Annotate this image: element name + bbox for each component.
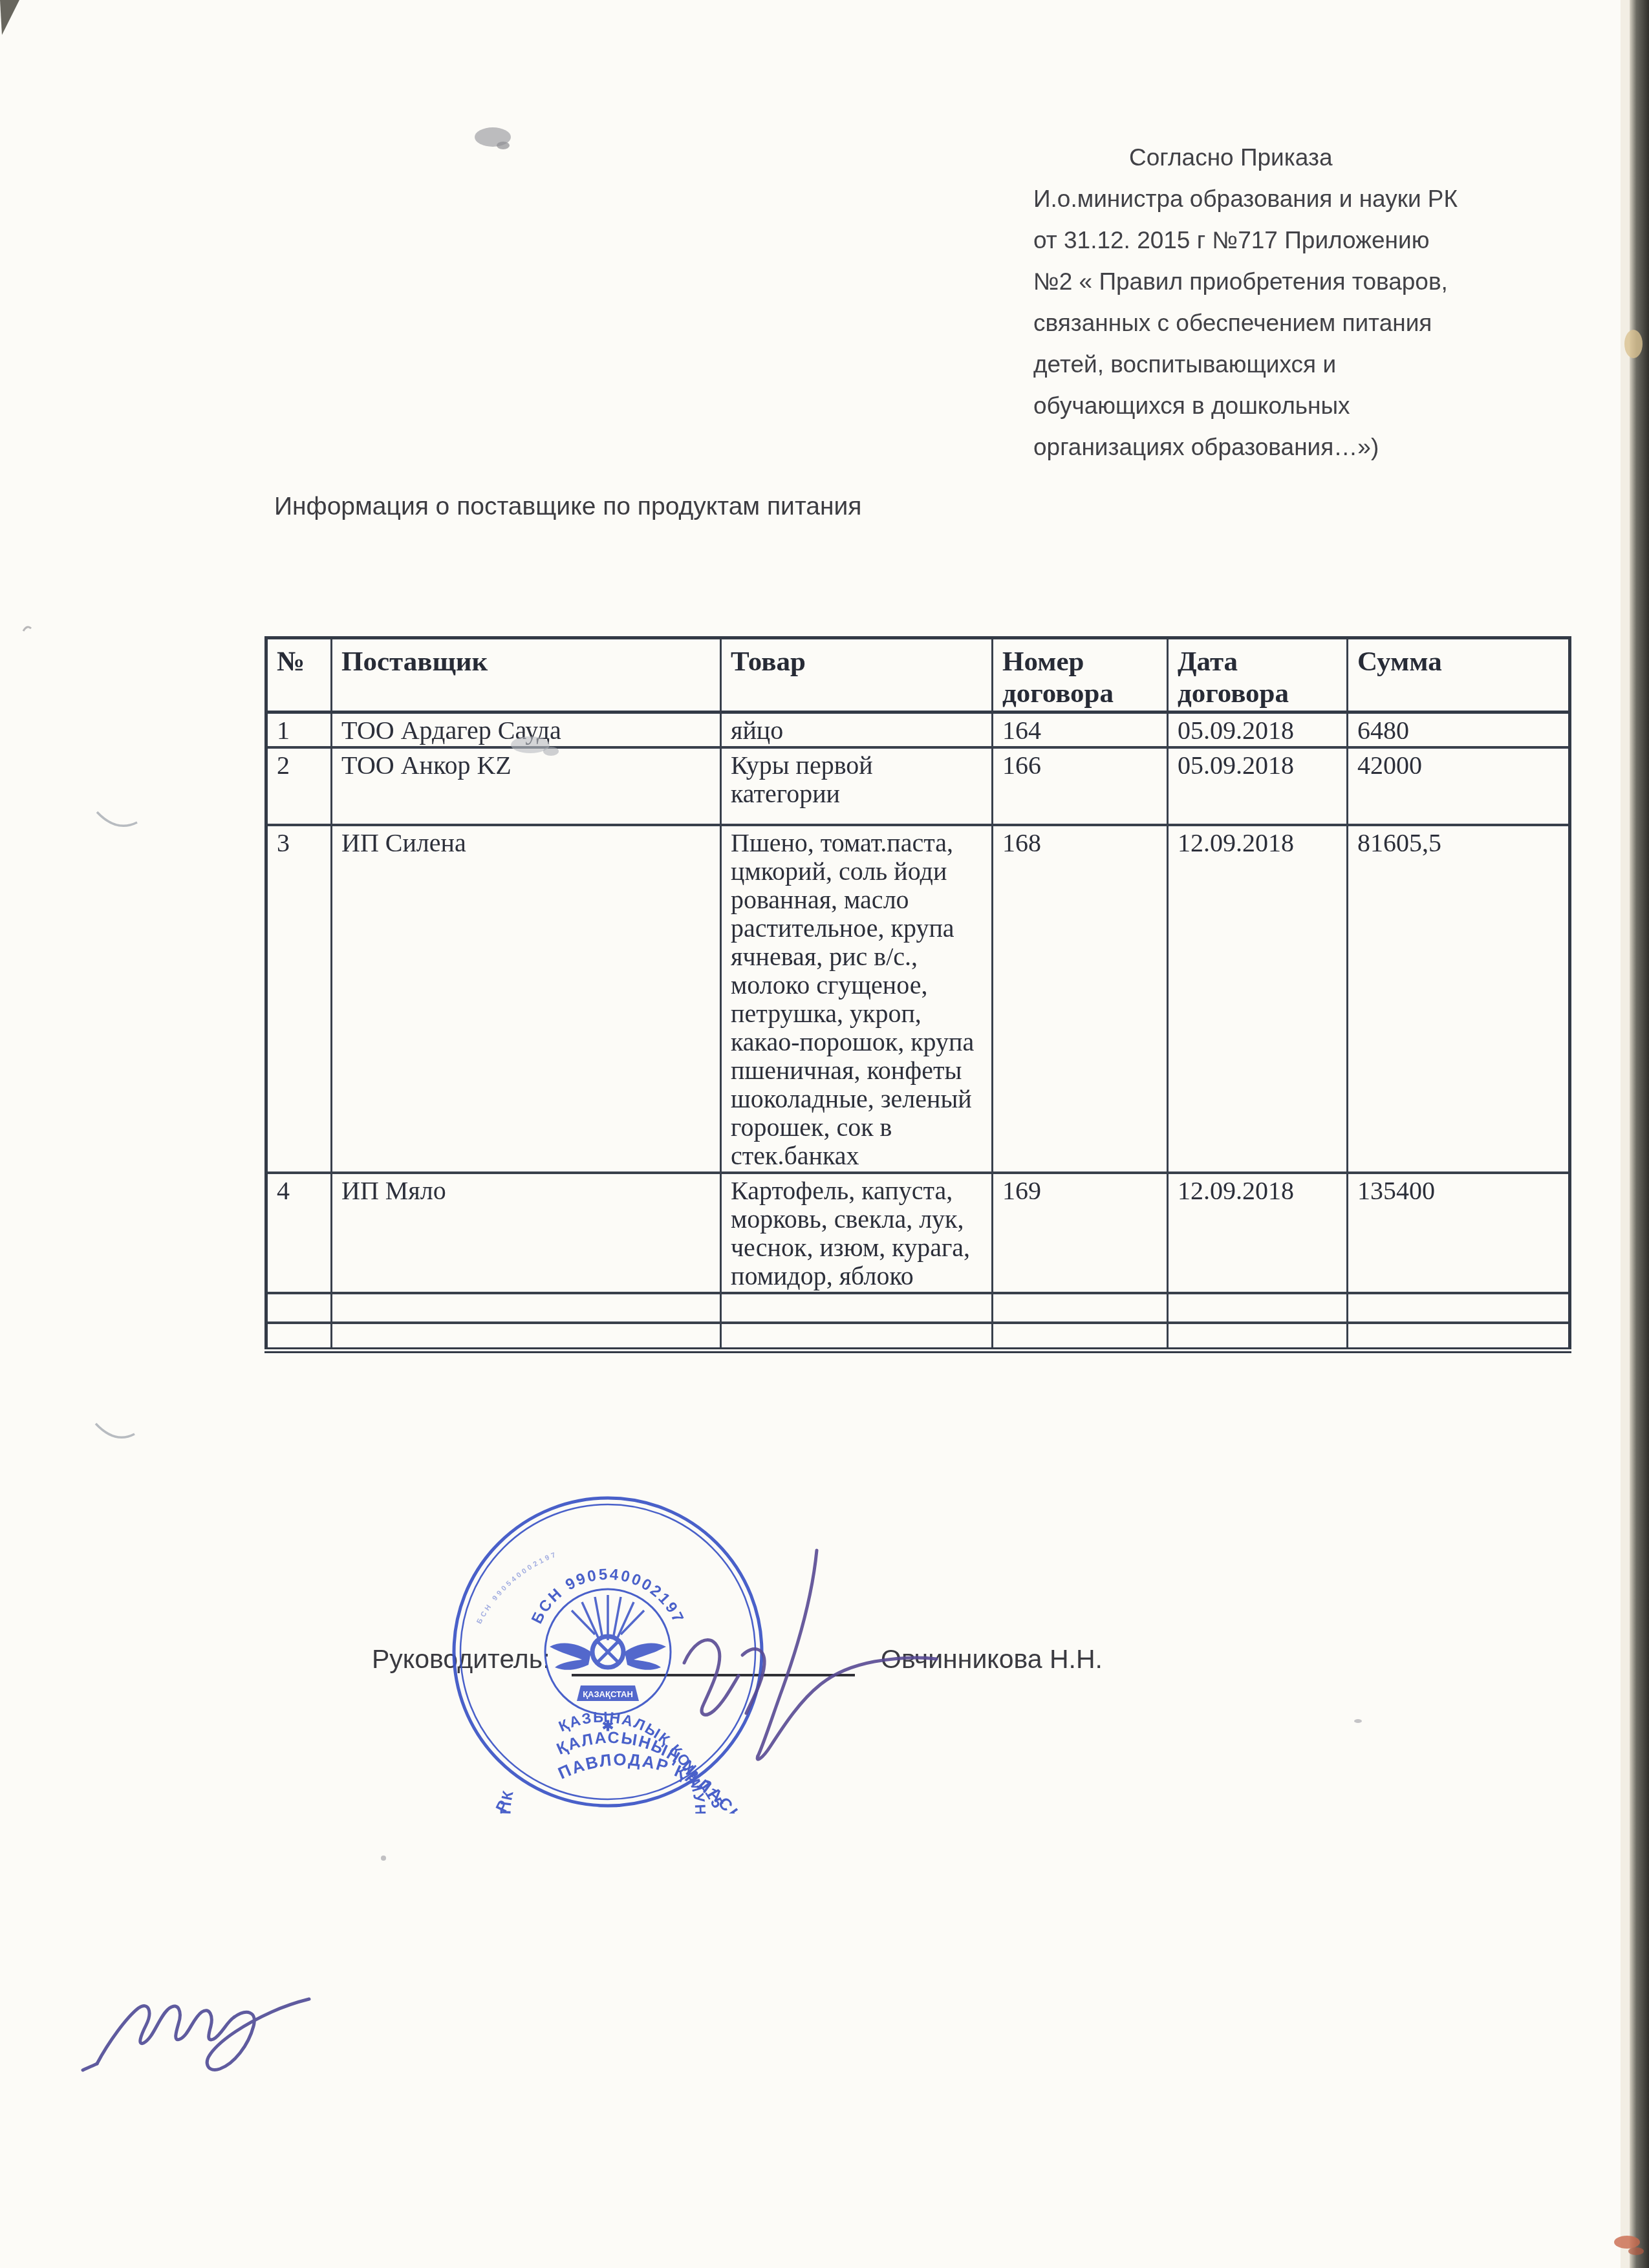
note-line: организациях образования…») bbox=[1033, 427, 1538, 468]
cell-amount: 6480 bbox=[1348, 712, 1570, 748]
cell-contract-no: 164 bbox=[993, 712, 1168, 748]
order-reference-note: Согласно Приказа И.о.министра образовани… bbox=[1033, 137, 1538, 468]
table-header-supplier: Поставщик bbox=[332, 638, 721, 712]
cell-supplier bbox=[332, 1323, 721, 1350]
table-row: 2 ТОО Анкор KZ Куры первой категории 166… bbox=[266, 747, 1570, 825]
cell-goods: Пшено, томат.паста, цмкорий, соль йоди р… bbox=[721, 825, 993, 1173]
cell-goods: Куры первой категории bbox=[721, 747, 993, 825]
cell-supplier: ТОО Ардагер Сауда bbox=[332, 712, 721, 748]
signatory-name: Овчинникова Н.Н. bbox=[881, 1644, 1103, 1674]
cell-supplier: ТОО Анкор KZ bbox=[332, 747, 721, 825]
cell-contract-date: 12.09.2018 bbox=[1168, 825, 1348, 1173]
table-header-number: № bbox=[266, 638, 332, 712]
stamp-bottom-star: ✱ bbox=[602, 1718, 614, 1734]
table-header-goods: Товар bbox=[721, 638, 993, 712]
cell-amount: 42000 bbox=[1348, 747, 1570, 825]
cell-contract-date bbox=[1168, 1293, 1348, 1323]
cell-goods: Картофель, капуста, морковь, свекла, лук… bbox=[721, 1173, 993, 1293]
corner-fold-artifact bbox=[0, 0, 19, 35]
table-header-amount: Сумма bbox=[1348, 638, 1570, 712]
scan-edge-dark-band bbox=[1630, 0, 1649, 2268]
cell-supplier: ИП Мяло bbox=[332, 1173, 721, 1293]
note-line: связанных с обеспечением питания bbox=[1033, 303, 1538, 344]
note-line: от 31.12. 2015 г №717 Приложению bbox=[1033, 220, 1538, 261]
table-header-contract-date: Дата договора bbox=[1168, 638, 1348, 712]
cell-amount: 81605,5 bbox=[1348, 825, 1570, 1173]
suppliers-table: № Поставщик Товар Номер договора Дата до… bbox=[264, 636, 1571, 1353]
table-row: 3 ИП Силена Пшено, томат.паста, цмкорий,… bbox=[266, 825, 1570, 1173]
cell-goods bbox=[721, 1293, 993, 1323]
cell-supplier bbox=[332, 1293, 721, 1323]
note-line: обучающихся в дошкольных bbox=[1033, 385, 1538, 427]
table-row: 1 ТОО Ардагер Сауда яйцо 164 05.09.2018 … bbox=[266, 712, 1570, 748]
note-line: И.о.министра образования и науки РК bbox=[1033, 178, 1538, 220]
cell-goods bbox=[721, 1323, 993, 1350]
cell-contract-no bbox=[993, 1323, 1168, 1350]
cell-contract-date: 05.09.2018 bbox=[1168, 712, 1348, 748]
note-line: детей, воспитывающихся и bbox=[1033, 344, 1538, 385]
table-row: 4 ИП Мяло Картофель, капуста, морковь, с… bbox=[266, 1173, 1570, 1293]
cell-num: 4 bbox=[266, 1173, 332, 1293]
cell-supplier: ИП Силена bbox=[332, 825, 721, 1173]
cell-goods: яйцо bbox=[721, 712, 993, 748]
scan-edge-light-strip bbox=[1621, 0, 1631, 2268]
cell-contract-date: 12.09.2018 bbox=[1168, 1173, 1348, 1293]
cell-num bbox=[266, 1293, 332, 1323]
cell-amount bbox=[1348, 1293, 1570, 1323]
document-title: Информация о поставщике по продуктам пит… bbox=[274, 493, 861, 521]
cell-num: 2 bbox=[266, 747, 332, 825]
official-stamp: БСН 990540002197 ПАВЛОДАР ҚАЛАСЫ ӘКІМДІГ… bbox=[446, 1490, 770, 1813]
cell-num bbox=[266, 1323, 332, 1350]
suppliers-table-container: № Поставщик Товар Номер договора Дата до… bbox=[264, 636, 1568, 1353]
cell-num: 1 bbox=[266, 712, 332, 748]
cell-amount bbox=[1348, 1323, 1570, 1350]
stamp-center-caption: ҚАЗАҚСТАН bbox=[583, 1689, 633, 1699]
cell-contract-no: 169 bbox=[993, 1173, 1168, 1293]
cell-num: 3 bbox=[266, 825, 332, 1173]
cell-contract-date: 05.09.2018 bbox=[1168, 747, 1348, 825]
cell-contract-no: 166 bbox=[993, 747, 1168, 825]
cell-amount: 135400 bbox=[1348, 1173, 1570, 1293]
table-header-contract-no: Номер договора bbox=[993, 638, 1168, 712]
cell-contract-date bbox=[1168, 1323, 1348, 1350]
note-line: №2 « Правил приобретения товаров, bbox=[1033, 261, 1538, 303]
kazakhstan-emblem-icon bbox=[550, 1595, 666, 1701]
cell-contract-no: 168 bbox=[993, 825, 1168, 1173]
table-row-empty bbox=[266, 1323, 1570, 1350]
table-header-row: № Поставщик Товар Номер договора Дата до… bbox=[266, 638, 1570, 712]
page-signature bbox=[83, 1999, 309, 2070]
table-row-empty bbox=[266, 1293, 1570, 1323]
scanned-document-page: { "header_note": { "lines": [ "Согласно … bbox=[0, 0, 1649, 2268]
note-line: Согласно Приказа bbox=[1033, 137, 1538, 178]
cell-contract-no bbox=[993, 1293, 1168, 1323]
